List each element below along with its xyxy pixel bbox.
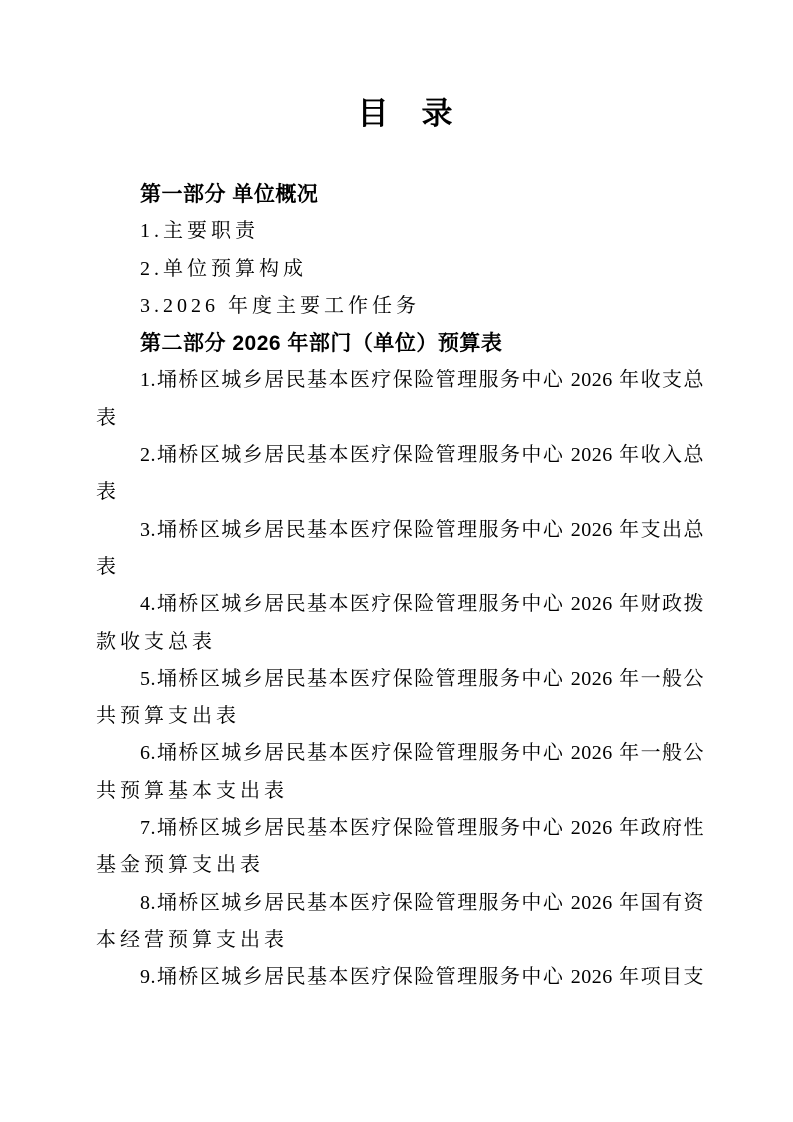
toc-item-continuation: 款收支总表 (96, 624, 704, 661)
toc-item-continuation: 共预算基本支出表 (96, 773, 704, 810)
toc-heading-part2: 第二部分 2026 年部门（单位）预算表 (96, 325, 704, 362)
toc-item-continuation: 表 (96, 549, 704, 586)
toc-item: 6.埇桥区城乡居民基本医疗保险管理服务中心 2026 年一般公 (96, 735, 704, 772)
toc-item-continuation: 共预算支出表 (96, 698, 704, 735)
toc-item: 2.埇桥区城乡居民基本医疗保险管理服务中心 2026 年收入总 (96, 437, 704, 474)
toc-item: 3.埇桥区城乡居民基本医疗保险管理服务中心 2026 年支出总 (96, 512, 704, 549)
toc-item-continuation: 表 (96, 474, 704, 511)
toc-item: 9.埇桥区城乡居民基本医疗保险管理服务中心 2026 年项目支 (96, 959, 704, 996)
toc-item: 3.2026 年度主要工作任务 (96, 288, 704, 325)
table-of-contents: 第一部分 单位概况 1.主要职责 2.单位预算构成 3.2026 年度主要工作任… (96, 176, 704, 997)
document-page: 目 录 第一部分 单位概况 1.主要职责 2.单位预算构成 3.2026 年度主… (0, 0, 793, 1122)
toc-item: 1.埇桥区城乡居民基本医疗保险管理服务中心 2026 年收支总 (96, 362, 704, 399)
toc-item: 2.单位预算构成 (96, 251, 704, 288)
toc-item: 5.埇桥区城乡居民基本医疗保险管理服务中心 2026 年一般公 (96, 661, 704, 698)
toc-item: 4.埇桥区城乡居民基本医疗保险管理服务中心 2026 年财政拨 (96, 586, 704, 623)
toc-item: 1.主要职责 (96, 213, 704, 250)
toc-heading-part1: 第一部分 单位概况 (96, 176, 704, 213)
toc-item-continuation: 表 (96, 400, 704, 437)
toc-item-continuation: 基金预算支出表 (96, 847, 704, 884)
page-title: 目 录 (0, 92, 793, 136)
toc-item-continuation: 本经营预算支出表 (96, 922, 704, 959)
toc-item: 8.埇桥区城乡居民基本医疗保险管理服务中心 2026 年国有资 (96, 885, 704, 922)
toc-item: 7.埇桥区城乡居民基本医疗保险管理服务中心 2026 年政府性 (96, 810, 704, 847)
